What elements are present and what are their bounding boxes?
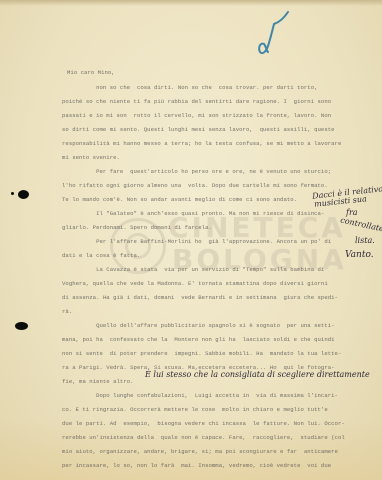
handwritten-inline-note: È lui stesso che la consigliata di scegl… — [145, 370, 370, 379]
text-line: Voghera, quella che vede la Madonna. E' … — [62, 280, 328, 287]
text-line: Quello dell'affare pubblicitario spagnol… — [62, 322, 335, 329]
text-line: poiché so che niente ti fa più rabbia de… — [62, 98, 331, 105]
text-line: per incassare, lo so, non lo farà mai. I… — [62, 462, 331, 469]
blue-pencil-mark-icon — [250, 10, 300, 60]
punch-hole-upper — [18, 190, 29, 199]
text-line: di assenza. Ha già i dati, domani vede B… — [62, 294, 338, 301]
page-top-edge — [0, 0, 382, 6]
ink-dot — [11, 192, 14, 195]
text-line: mi sento svenire. — [62, 154, 120, 161]
text-line: Per l'affare Baffini-Morlini ho già l'ap… — [62, 238, 331, 245]
text-line: La Cavazza è stata via per un servizio d… — [62, 266, 324, 273]
text-line: gliarlo. Perdonami. Spero domani di farc… — [62, 224, 212, 231]
text-line: co. E ti ringrazia. Occorrerà mettere le… — [62, 406, 328, 413]
handwritten-note-5: lista. — [355, 236, 375, 245]
salutation: Mio caro Mino, — [67, 69, 115, 76]
text-line: Per fare quest'articolo ho perso ore e o… — [62, 168, 331, 175]
text-line: Te lo mando com'è. Non so andar avanti m… — [62, 196, 297, 203]
text-line: Il "Galateo" è anch'esso quasi pronto. M… — [62, 210, 324, 217]
text-line: dati e la cosa è fatta. — [62, 252, 140, 259]
text-line: so dirti come mi sento. Questi lunghi me… — [62, 126, 335, 133]
text-line: rà. — [62, 308, 72, 315]
text-line: non so che cosa dirti. Non so che cosa t… — [62, 84, 318, 91]
text-line: rerebbe un'insistenza della quale non è … — [62, 434, 345, 441]
text-line: fie, ma niente altro. — [62, 378, 134, 385]
text-line: Dopo lunghe confabulazioni, Luigi accett… — [62, 392, 338, 399]
text-line: mana, poi ha confessato che la Montero n… — [62, 336, 335, 343]
text-line: responsabilità mi hanno messo a terra; h… — [62, 140, 341, 147]
text-line: non si sente di poter prendere impegni. … — [62, 350, 341, 357]
punch-hole-lower — [15, 322, 28, 330]
text-line: passati e io mi son rotto il cervello, m… — [62, 112, 331, 119]
text-line: due le parti. Ad esempio, bisogna vedere… — [62, 420, 345, 427]
handwritten-note-6: Vanto. — [345, 250, 374, 260]
text-line: l'ho rifatto ogni giorno almeno una volt… — [62, 182, 328, 189]
text-line: mio aiuto, organizzare, andare, brigare,… — [62, 448, 338, 455]
handwritten-note-3: fra — [346, 208, 358, 217]
